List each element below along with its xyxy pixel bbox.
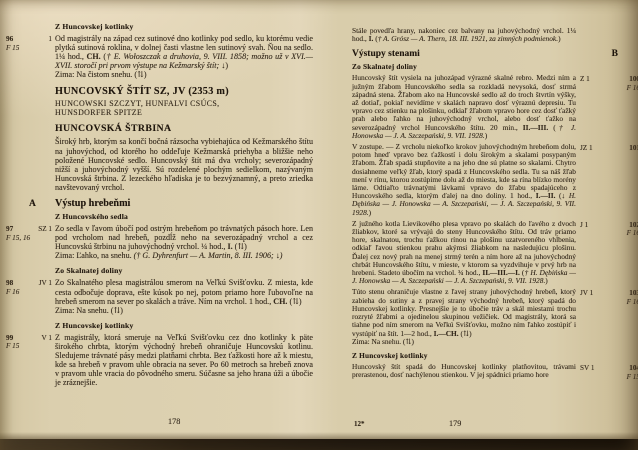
route-number: 101 [629,144,638,153]
route-number: 103 [629,289,638,298]
saddle-heading: HUNCOVSKÁ ŠTRBINA [55,123,313,134]
route-paragraph-103: JV 1 103 F 16 Túto stenu ohraničuje vlas… [352,288,576,345]
route-text: Z južného kotla Lievikového plesa vpravo… [352,219,576,285]
route-paragraph-99: 99 V 1 F 15 Z magistrály, ktorá smeruje … [55,333,313,388]
peak-name-polish-hungarian: HUNCOWSKI SZCZYT, HUNFALVI CSÚCS, [55,99,313,108]
section-heading-ridge-ascent: A Výstup hrebeňmi [55,198,313,209]
route-number: 98 [6,279,13,288]
peak-title: HUNCOVSKÝ ŠTÍT SZ, JV (2353 m) [55,86,313,97]
section-title: Výstupy stenami [352,49,420,59]
guidebook-ref: F 15 [6,44,52,53]
route-paragraph-100: Z 1 100 F 16 Huncovský štít vysiela na j… [352,74,576,140]
approach-subheading: Z Huncovského sedla [55,212,313,221]
route-text: Od magistrály na západ cez sutinové dno … [55,34,313,70]
guidebook-ref: F 15 [580,373,638,382]
margin-note-101: JZ 1 101 [580,144,638,153]
route-text: Zo sedla v ľavom úbočí pod ostrým hrebeň… [55,224,313,251]
guidebook-ref: F 16 [580,84,638,93]
winter-note: Zima: Na čistom snehu. (⇅) [55,70,313,79]
section-title: Výstup hrebeňmi [55,198,130,209]
route-paragraph-98: 98 JV 1 F 16 Zo Skalnatého plesa magistr… [55,278,313,314]
approach-subheading: Z Huncovskej kotlinky [352,351,576,360]
left-page-text-column: Z Huncovskej kotlinky 96 1 F 15 Od magis… [55,22,313,387]
route-variant-label: JV 1 [39,279,52,288]
route-variant-label: 1 [48,35,52,44]
route-text: Zo Skalnatého plesa magistrálou smerom n… [55,278,313,305]
route-number: 104 [629,364,638,373]
guidebook-ref: F 16 [580,298,638,307]
guidebook-ref: F 15 [6,342,52,351]
route-variant-label: Z 1 [580,75,590,84]
margin-note-102: J 1 102 F 16 [580,221,638,238]
approach-subheading: Zo Skalnatej doliny [55,266,313,275]
winter-note: Zima: Ľahko, na snehu. († G. Dyhrenfurt … [55,251,313,260]
route-paragraph-97: 97 SZ 1 F 15, 16 Zo sedla v ľavom úbočí … [55,224,313,260]
margin-note-104: SV 1 104 F 15 [580,364,638,381]
route-paragraph-102: J 1 102 F 16 Z južného kotla Lievikového… [352,220,576,286]
route-paragraph-104: SV 1 104 F 15 Huncovský štít spadá do Hu… [352,363,576,379]
margin-note-100: Z 1 100 F 16 [580,75,638,92]
route-variant-label: SV 1 [580,364,594,373]
guidebook-ref: F 16 [6,288,52,297]
book-gutter-shadow [296,0,358,450]
page-number-right: 179 [449,419,461,428]
approach-subheading: Z Huncovskej kotlinky [55,22,313,31]
approach-subheading: Z Huncovskej kotlinky [55,321,313,330]
margin-note-97: 97 SZ 1 F 15, 16 [6,225,52,242]
route-number: 97 [6,225,13,234]
guidebook-ref: F 16 [580,229,638,238]
guidebook-ref: F 15, 16 [6,234,52,243]
margin-note-98: 98 JV 1 F 16 [6,279,52,296]
route-number: 100 [629,75,638,84]
margin-note-96: 96 1 F 15 [6,35,52,52]
route-paragraph-101: JZ 1 101 V zostupe. — Z vrcholu niekoľko… [352,143,576,217]
saddle-description: Široký hrb, ktorým sa končí bočná rázsoc… [55,137,313,192]
approach-subheading: Zo Skalnatej doliny [352,62,576,71]
route-text: Túto stenu ohraničuje vlastne z ľavej st… [352,287,576,337]
route-number: 96 [6,35,13,44]
page-number-left: 178 [168,417,180,426]
book-spread-scan: Z Huncovskej kotlinky 96 1 F 15 Od magis… [0,0,638,450]
book-bottom-edge [0,439,638,450]
margin-note-99: 99 V 1 F 15 [6,334,52,351]
route-paragraph-96: 96 1 F 15 Od magistrály na západ cez sut… [55,34,313,79]
route-variant-label: V 1 [42,334,52,343]
route-text: Huncovský štít vysiela na juhozápad výra… [352,73,576,139]
peak-name-german: HUNSDORFER SPITZE [55,108,313,117]
route-text: V zostupe. — Z vrcholu niekoľko krokov j… [352,142,576,217]
right-page-text-column: Stále povedľa hrany, nakoniec cez balvan… [352,27,576,379]
winter-note: Zima: Na snehu. (⇅) [55,306,313,315]
route-variant-label: JZ 1 [580,144,593,153]
winter-note: Zima: Na snehu. (⇅) [352,338,576,346]
section-heading-wall-ascents: Výstupy stenami B [352,49,576,59]
route-variant-label: SZ 1 [38,225,52,234]
section-letter: B [612,49,618,59]
route-variant-label: JV 1 [580,289,593,298]
section-letter: A [29,199,36,209]
margin-note-103: JV 1 103 F 16 [580,289,638,306]
route-text: Huncovský štít spadá do Huncovskej kotli… [352,362,576,379]
route-text: Z magistrály, ktorá smeruje na Veľkú Svi… [55,333,313,387]
route-paragraph-99-continued: Stále povedľa hrany, nakoniec cez balvan… [352,27,576,43]
route-variant-label: J 1 [580,221,588,230]
